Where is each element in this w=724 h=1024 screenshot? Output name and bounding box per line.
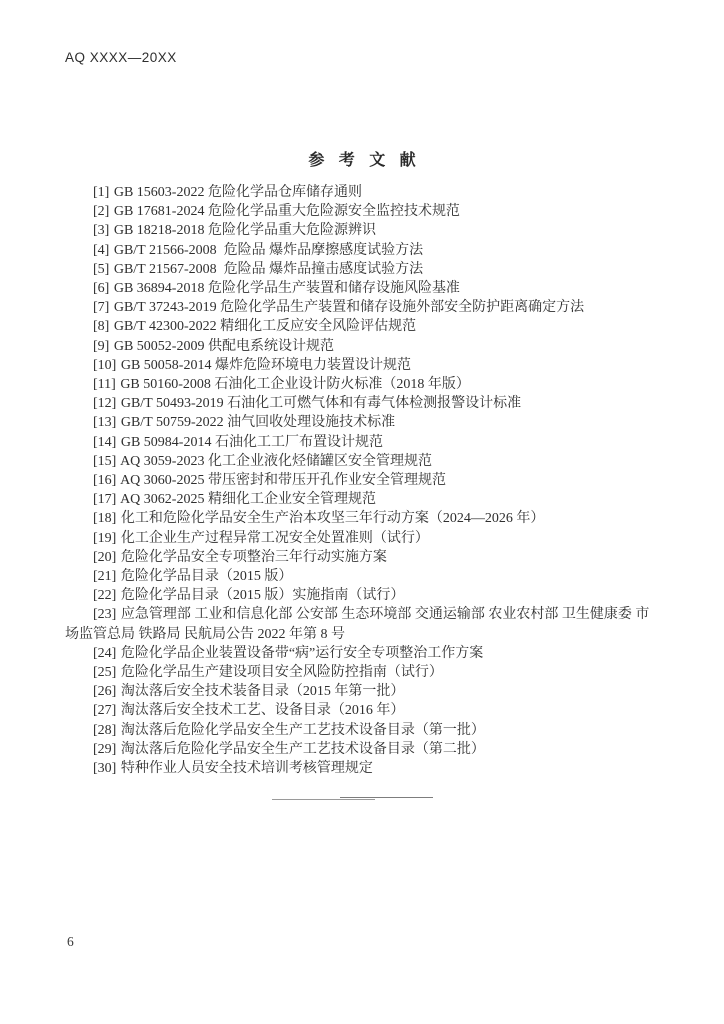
reference-label: [13] [93, 415, 116, 430]
reference-label: [19] [93, 531, 116, 546]
reference-text: GB/T 50493-2019 石油化工可燃气体和有毒气体检测报警设计标准 [121, 396, 521, 411]
reference-text: 淘汰落后危险化学品安全生产工艺技术设备目录（第一批） [121, 723, 485, 738]
reference-item: [1] GB 15603-2022 危险化学品仓库储存通则 [65, 183, 661, 202]
reference-item: [13] GB/T 50759-2022 油气回收处理设施技术标准 [65, 413, 661, 432]
reference-item: [5] GB/T 21567-2008 危险品 爆炸品撞击感度试验方法 [65, 260, 661, 279]
reference-item: [9] GB 50052-2009 供配电系统设计规范 [65, 337, 661, 356]
reference-text: GB 50052-2009 供配电系统设计规范 [114, 339, 334, 354]
reference-text: 危险化学品生产建设项目安全风险防控指南（试行） [121, 665, 443, 680]
reference-label: [28] [93, 723, 116, 738]
reference-label: [24] [93, 646, 116, 661]
reference-item: [29] 淘汰落后危险化学品安全生产工艺技术设备目录（第二批） [65, 740, 661, 759]
reference-item: [3] GB 18218-2018 危险化学品重大危险源辨识 [65, 221, 661, 240]
reference-text: AQ 3062-2025 精细化工企业安全管理规范 [120, 492, 376, 507]
reference-item: [23] 应急管理部 工业和信息化部 公安部 生态环境部 交通运输部 农业农村部… [65, 605, 661, 643]
reference-item: [27] 淘汰落后安全技术工艺、设备目录（2016 年） [65, 701, 661, 720]
reference-label: [26] [93, 684, 116, 699]
reference-item: [4] GB/T 21566-2008 危险品 爆炸品摩擦感度试验方法 [65, 241, 661, 260]
reference-label: [7] [93, 300, 109, 315]
reference-text: GB/T 50759-2022 油气回收处理设施技术标准 [121, 415, 395, 430]
reference-item: [24] 危险化学品企业装置设备带“病”运行安全专项整治工作方案 [65, 644, 661, 663]
reference-text: 化工企业生产过程异常工况安全处置准则（试行） [121, 531, 429, 546]
reference-list: [1] GB 15603-2022 危险化学品仓库储存通则 [2] GB 176… [65, 183, 661, 778]
reference-label: [23] [93, 607, 116, 622]
reference-label: [6] [93, 281, 109, 296]
reference-label: [5] [93, 262, 109, 277]
reference-text: GB 50058-2014 爆炸危险环境电力装置设计规范 [121, 358, 411, 373]
reference-label: [22] [93, 588, 116, 603]
reference-label: [14] [93, 435, 116, 450]
reference-item: [2] GB 17681-2024 危险化学品重大危险源安全监控技术规范 [65, 202, 661, 221]
reference-item: [26] 淘汰落后安全技术装备目录（2015 年第一批） [65, 682, 661, 701]
reference-item: [14] GB 50984-2014 石油化工工厂布置设计规范 [65, 433, 661, 452]
reference-item: [10] GB 50058-2014 爆炸危险环境电力装置设计规范 [65, 356, 661, 375]
divider-segment [340, 797, 433, 798]
reference-item: [18] 化工和危险化学品安全生产治本攻坚三年行动方案（2024—2026 年） [65, 509, 661, 528]
reference-item: [30] 特种作业人员安全技术培训考核管理规定 [65, 759, 661, 778]
reference-text: AQ 3060-2025 带压密封和带压开孔作业安全管理规范 [120, 473, 446, 488]
reference-item: [22] 危险化学品目录（2015 版）实施指南（试行） [65, 586, 661, 605]
reference-item: [8] GB/T 42300-2022 精细化工反应安全风险评估规范 [65, 317, 661, 336]
reference-text: GB 50160-2008 石油化工企业设计防火标准（2018 年版） [120, 377, 470, 392]
reference-text: 特种作业人员安全技术培训考核管理规定 [121, 761, 373, 776]
reference-label: [8] [93, 319, 109, 334]
page-number: 6 [67, 934, 74, 950]
reference-text: GB 15603-2022 危险化学品仓库储存通则 [114, 185, 362, 200]
reference-text: 淘汰落后安全技术装备目录（2015 年第一批） [121, 684, 405, 699]
document-code-header: AQ XXXX—20XX [65, 50, 177, 65]
reference-label: [9] [93, 339, 109, 354]
reference-label: [25] [93, 665, 116, 680]
reference-label: [15] [93, 454, 116, 469]
reference-label: [10] [93, 358, 116, 373]
reference-text: GB/T 37243-2019 危险化学品生产装置和储存设施外部安全防护距离确定… [114, 300, 584, 315]
reference-label: [12] [93, 396, 116, 411]
reference-label: [11] [93, 377, 116, 392]
reference-text: GB 36894-2018 危险化学品生产装置和储存设施风险基准 [114, 281, 460, 296]
reference-label: [29] [93, 742, 116, 757]
reference-item: [25] 危险化学品生产建设项目安全风险防控指南（试行） [65, 663, 661, 682]
reference-text: GB/T 21567-2008 危险品 爆炸品撞击感度试验方法 [114, 262, 423, 277]
reference-label: [2] [93, 204, 109, 219]
reference-text: 危险化学品目录（2015 版）实施指南（试行） [121, 588, 405, 603]
reference-item: [20] 危险化学品安全专项整治三年行动实施方案 [65, 548, 661, 567]
reference-label: [3] [93, 223, 109, 238]
reference-item: [6] GB 36894-2018 危险化学品生产装置和储存设施风险基准 [65, 279, 661, 298]
reference-text: 危险化学品企业装置设备带“病”运行安全专项整治工作方案 [121, 646, 483, 661]
reference-label: [16] [93, 473, 116, 488]
reference-label: [17] [93, 492, 116, 507]
reference-text: 化工和危险化学品安全生产治本攻坚三年行动方案（2024—2026 年） [121, 511, 545, 526]
reference-item: [16] AQ 3060-2025 带压密封和带压开孔作业安全管理规范 [65, 471, 661, 490]
reference-text: AQ 3059-2023 化工企业液化烃储罐区安全管理规范 [120, 454, 432, 469]
reference-label: [20] [93, 550, 116, 565]
reference-text: 应急管理部 工业和信息化部 公安部 生态环境部 交通运输部 农业农村部 卫生健康… [65, 607, 649, 641]
references-title: 参考文献 [0, 147, 724, 170]
reference-item: [19] 化工企业生产过程异常工况安全处置准则（试行） [65, 529, 661, 548]
reference-label: [21] [93, 569, 116, 584]
reference-text: 危险化学品目录（2015 版） [121, 569, 293, 584]
reference-text: GB 17681-2024 危险化学品重大危险源安全监控技术规范 [114, 204, 460, 219]
reference-item: [28] 淘汰落后危险化学品安全生产工艺技术设备目录（第一批） [65, 721, 661, 740]
reference-text: 危险化学品安全专项整治三年行动实施方案 [121, 550, 387, 565]
reference-item: [12] GB/T 50493-2019 石油化工可燃气体和有毒气体检测报警设计… [65, 394, 661, 413]
reference-item: [7] GB/T 37243-2019 危险化学品生产装置和储存设施外部安全防护… [65, 298, 661, 317]
reference-label: [1] [93, 185, 109, 200]
reference-label: [27] [93, 703, 116, 718]
reference-text: GB/T 21566-2008 危险品 爆炸品摩擦感度试验方法 [114, 243, 423, 258]
reference-item: [15] AQ 3059-2023 化工企业液化烃储罐区安全管理规范 [65, 452, 661, 471]
reference-label: [18] [93, 511, 116, 526]
reference-item: [21] 危险化学品目录（2015 版） [65, 567, 661, 586]
divider-segment [272, 799, 375, 800]
reference-text: GB 18218-2018 危险化学品重大危险源辨识 [114, 223, 376, 238]
reference-item: [11] GB 50160-2008 石油化工企业设计防火标准（2018 年版） [65, 375, 661, 394]
reference-label: [4] [93, 243, 109, 258]
reference-text: 淘汰落后危险化学品安全生产工艺技术设备目录（第二批） [121, 742, 485, 757]
reference-label: [30] [93, 761, 116, 776]
reference-item: [17] AQ 3062-2025 精细化工企业安全管理规范 [65, 490, 661, 509]
reference-text: GB/T 42300-2022 精细化工反应安全风险评估规范 [114, 319, 416, 334]
reference-text: 淘汰落后安全技术工艺、设备目录（2016 年） [121, 703, 405, 718]
reference-text: GB 50984-2014 石油化工工厂布置设计规范 [121, 435, 383, 450]
